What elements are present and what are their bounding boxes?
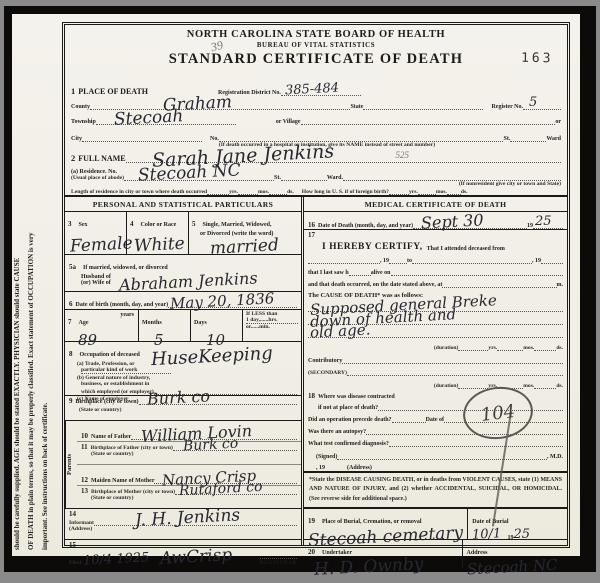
age-days-label: Days xyxy=(194,320,207,326)
duration-line-2: (duration) yrs. mos. ds. xyxy=(304,376,567,389)
burial-date-cell: Date of Burial 10/1 19 25 xyxy=(467,509,567,539)
father-number: 10 xyxy=(81,432,88,440)
length-label: Length of residence in city or town wher… xyxy=(71,189,207,195)
sex-number: 3 xyxy=(68,220,72,228)
certify-line: I HEREBY CERTIFY, That I attended deceas… xyxy=(304,239,567,252)
months-cell: Months 5 xyxy=(139,310,191,341)
birthplace-sub: (State or country) xyxy=(79,407,297,413)
undertaker-value: H. D. Ownby xyxy=(314,556,424,579)
burial-date-label: Date of Burial xyxy=(472,519,508,525)
foreign-yrs: yrs. xyxy=(409,189,418,195)
age-cell: 7 Age years 89 xyxy=(65,310,139,341)
margin-line-2: OF DEATH in plain terms, so that it may … xyxy=(28,42,42,550)
undertaker-address-label: Address xyxy=(467,550,488,556)
row-age: 7 Age years 89 Months 5 Days 10 xyxy=(65,310,301,342)
footnote: *State the DISEASE CAUSING DEATH, or in … xyxy=(304,471,567,509)
dob-line: May 20, 1836 xyxy=(168,300,297,308)
test-line: What test confirmed diagnosis? xyxy=(304,435,567,447)
residence-line: Stecoah NC xyxy=(124,173,274,181)
occupation-b-label-3: which employed (or employer) xyxy=(81,389,154,395)
birthplace-label: Birthplace (city or town) xyxy=(76,399,139,405)
secondary-line: (SECONDARY) xyxy=(304,364,567,376)
street-no-line: (If death occurred in a hospital or inst… xyxy=(219,134,504,142)
row-informant: 14 Informant J. H. Jenkins (Address) xyxy=(65,509,301,540)
dod-year-value: 25 xyxy=(535,215,552,228)
row-township: Township Stecoah or Village or xyxy=(71,110,561,125)
marital-label-1: Single, Married, Widowed, xyxy=(203,222,272,228)
burial-place-cell: 19 Place of Burial, Cremation, or remova… xyxy=(304,509,467,539)
parents-vertical-label: Parents xyxy=(65,421,77,508)
place-of-death-block: 1 PLACE OF DEATH Registration District N… xyxy=(65,83,567,195)
spouse-value: Abraham Jenkins xyxy=(119,270,258,293)
registrar-label: REGISTRAR xyxy=(260,558,297,566)
certificate-title: STANDARD CERTIFICATE OF DEATH xyxy=(65,51,567,68)
certificate-form: NORTH CAROLINA STATE BOARD OF HEALTH BUR… xyxy=(62,22,570,548)
row-city: City No. (If death occurred in a hospita… xyxy=(71,125,561,142)
certify-block: 17 I HEREBY CERTIFY, That I attended dec… xyxy=(304,230,567,389)
row-spouse: 5a If married, widowed, or divorced Husb… xyxy=(65,255,301,292)
bureau-subtitle: BUREAU OF VITAL STATISTICS xyxy=(65,42,567,49)
sex-label: Sex xyxy=(79,222,88,228)
field-2-number: 2 xyxy=(71,153,75,163)
row-residence: (a) Residence. No. (Usual place of abode… xyxy=(71,163,561,181)
certificate-stamp-number: 163 xyxy=(520,51,553,67)
margin-instructions: should be carefully supplied. AGE should… xyxy=(14,42,56,550)
sex-value: Female xyxy=(70,235,133,255)
field-1-label: PLACE OF DEATH xyxy=(78,87,148,96)
register-no-value: 5 xyxy=(529,96,537,109)
certify-dates-line: , 19 to , 19 xyxy=(304,252,567,264)
informant-label: Informant xyxy=(69,520,94,526)
duration-label-2: (duration) xyxy=(434,383,459,389)
mother-bp-label: Birthplace of Mother (city or town) xyxy=(91,489,175,495)
medical-header: MEDICAL CERTIFICATE OF DEATH xyxy=(304,197,567,212)
undertaker-cell: 20 Undertaker H. D. Ownby xyxy=(304,540,462,568)
contributory-line: Contributory xyxy=(304,351,567,364)
field-2-label: FULL NAME xyxy=(78,154,125,163)
burial-number: 19 xyxy=(308,517,315,525)
mother-number: 12 xyxy=(81,476,88,484)
undertaker-address-value: Stecoah NC xyxy=(466,558,557,578)
duration2-mos: mos. xyxy=(523,383,534,389)
burial-label: Place of Burial, Cremation, or removal xyxy=(322,519,421,525)
length-mos: mos. xyxy=(258,189,269,195)
age-months-label: Months xyxy=(142,320,162,326)
dod-number: 16 xyxy=(308,221,315,229)
filed-date: 10/4 1925 xyxy=(83,551,150,567)
duration-line-1: (duration) yrs. mos. ds. xyxy=(304,338,567,351)
row-undertaker: 20 Undertaker H. D. Ownby Address Stecoa… xyxy=(304,540,567,568)
dod-label: Date of Death (month, day, and year) xyxy=(318,223,413,229)
age-years-label: years xyxy=(120,312,134,318)
board-of-health-title: NORTH CAROLINA STATE BOARD OF HEALTH xyxy=(65,29,567,40)
row-place-of-death: 1 PLACE OF DEATH Registration District N… xyxy=(71,83,561,96)
death-occurred-line: and that death occurred, on the date sta… xyxy=(304,276,567,288)
color-label: Color or Race xyxy=(141,222,177,228)
row-filed: 15 Filed 10/4 1925 AwCrisp REGISTRAR xyxy=(65,540,301,570)
father-bp-line: Burk co xyxy=(173,443,297,451)
address-line: , 19 (Address) xyxy=(304,460,567,471)
marital-number: 5 xyxy=(192,220,196,228)
dob-value: May 20, 1836 xyxy=(170,291,275,311)
foreign-mos: mos. xyxy=(436,189,447,195)
mother-bp-line: Rutaford co xyxy=(175,487,297,495)
dob-label: Date of birth (month, day, and year) xyxy=(76,302,169,308)
mother-bp-value: Rutaford co xyxy=(179,480,263,498)
birthplace-value: Burk co xyxy=(146,388,210,407)
personal-particulars-column: PERSONAL AND STATISTICAL PARTICULARS 3 S… xyxy=(65,197,301,545)
nonresident-line: (If nonresident give city or town and St… xyxy=(343,173,561,181)
father-bp-label: Birthplace of Father (city or town) xyxy=(91,445,173,451)
color-number: 4 xyxy=(130,220,134,228)
row-date-of-death: 16 Date of Death (month, day, and year) … xyxy=(304,212,567,230)
less-than-day-cell: If LESS than 1 day,......hrs. or......mi… xyxy=(243,310,301,341)
scan-background: should be carefully supplied. AGE should… xyxy=(4,6,596,572)
age-less-3: or......min. xyxy=(246,323,298,330)
row-sex-color-marital: 3 Sex Female 4 Color or Race White 5 Sin… xyxy=(65,212,301,255)
medical-certificate-column: MEDICAL CERTIFICATE OF DEATH 16 Date of … xyxy=(301,197,567,545)
village-line xyxy=(301,117,556,125)
age-number: 7 xyxy=(68,318,72,326)
row-mother-birthplace: 13 Birthplace of Mother (city or town) R… xyxy=(77,486,301,508)
field-1-number: 1 xyxy=(71,86,75,96)
form-header: NORTH CAROLINA STATE BOARD OF HEALTH BUR… xyxy=(65,25,567,83)
spouse-label: If married, widowed, or divorced xyxy=(83,265,168,271)
mother-label: Maiden Name of Mother xyxy=(91,478,154,484)
undertaker-number: 20 xyxy=(308,548,315,556)
occupation-number: 8 xyxy=(69,350,73,358)
occupation-label: Occupation of deceased xyxy=(80,352,140,358)
birthplace-number: 9 xyxy=(69,397,73,405)
birthplace-line: Burk co xyxy=(139,397,297,405)
city-line xyxy=(82,134,202,142)
certify-bold: I HEREBY CERTIFY, xyxy=(322,242,423,252)
signed-address-label: (Address) xyxy=(347,465,372,471)
signed-year-label: , 19 xyxy=(316,465,325,471)
columns: PERSONAL AND STATISTICAL PARTICULARS 3 S… xyxy=(65,195,567,545)
state-line xyxy=(363,102,483,110)
row-birthplace: 9 Birthplace (city or town) Burk co (Sta… xyxy=(65,396,301,421)
sex-cell: 3 Sex Female xyxy=(65,212,127,254)
last-saw-line: that I last saw h alive on xyxy=(304,264,567,276)
registration-district-line: 385-484 xyxy=(281,88,361,96)
row-full-name: 2 FULL NAME Sarah Jane Jenkins 525 xyxy=(71,142,561,163)
margin-line-3: important. See instructions on back of c… xyxy=(42,42,56,550)
full-name-line: Sarah Jane Jenkins 525 xyxy=(126,155,561,163)
filed-label: Filed xyxy=(69,560,81,566)
where-number: 18 xyxy=(308,392,315,400)
certificate-paper: should be carefully supplied. AGE should… xyxy=(12,14,580,556)
length-ds: ds. xyxy=(287,189,294,195)
mother-bp-number: 13 xyxy=(81,487,88,495)
dob-number: 6 xyxy=(69,300,73,308)
dod-line: Sept 30 xyxy=(413,221,527,229)
length-yrs: yrs. xyxy=(229,189,238,195)
undertaker-address-cell: Address Stecoah NC xyxy=(462,540,567,568)
pencil-annotation: 39 xyxy=(209,38,224,55)
filed-signature: AwCrisp xyxy=(159,547,232,568)
cause-line-3: old age. xyxy=(304,325,567,338)
spouse-number: 5a xyxy=(69,263,76,271)
color-value: White xyxy=(134,236,186,256)
dod-value: Sept 30 xyxy=(421,212,484,231)
father-bp-number: 11 xyxy=(81,443,88,451)
marital-cell: 5 Single, Married, Widowed, or Divorced … xyxy=(189,212,301,254)
personal-header: PERSONAL AND STATISTICAL PARTICULARS xyxy=(65,197,301,212)
color-cell: 4 Color or Race White xyxy=(127,212,189,254)
age-label: Age xyxy=(79,320,89,326)
scanned-death-certificate: { "scan": { "stamp_number": "163", "penc… xyxy=(0,0,600,583)
informant-line: J. H. Jenkins xyxy=(94,518,297,526)
father-bp-value: Burk co xyxy=(183,437,239,454)
parents-block: Parents 10 Name of Father William Lovin … xyxy=(65,421,301,509)
duration2-ds: ds. xyxy=(556,383,563,389)
foreign-ds: ds. xyxy=(461,189,468,195)
signed-line: (Signed) , M.D. xyxy=(304,447,567,460)
row-length-of-residence: Length of residence in city or town wher… xyxy=(71,181,561,195)
foreign-birth-label: How long in U. S. if of foreign birth? xyxy=(302,189,389,195)
full-name-pencil-mark: 525 xyxy=(396,150,410,160)
row-father-birthplace: 11 Birthplace of Father (city or town) B… xyxy=(77,442,301,465)
register-no-line: 5 xyxy=(523,102,561,110)
father-label: Name of Father xyxy=(91,434,131,440)
row-burial: 19 Place of Burial, Cremation, or remova… xyxy=(304,509,567,540)
row-date-of-birth: 6 Date of birth (month, day, and year) M… xyxy=(65,292,301,310)
days-cell: Days 10 xyxy=(191,310,243,341)
undertaker-label: Undertaker xyxy=(322,550,352,556)
field-17-number: 17 xyxy=(304,231,564,239)
margin-line-1: should be carefully supplied. AGE should… xyxy=(14,42,28,550)
township-line: Stecoah xyxy=(96,117,236,125)
